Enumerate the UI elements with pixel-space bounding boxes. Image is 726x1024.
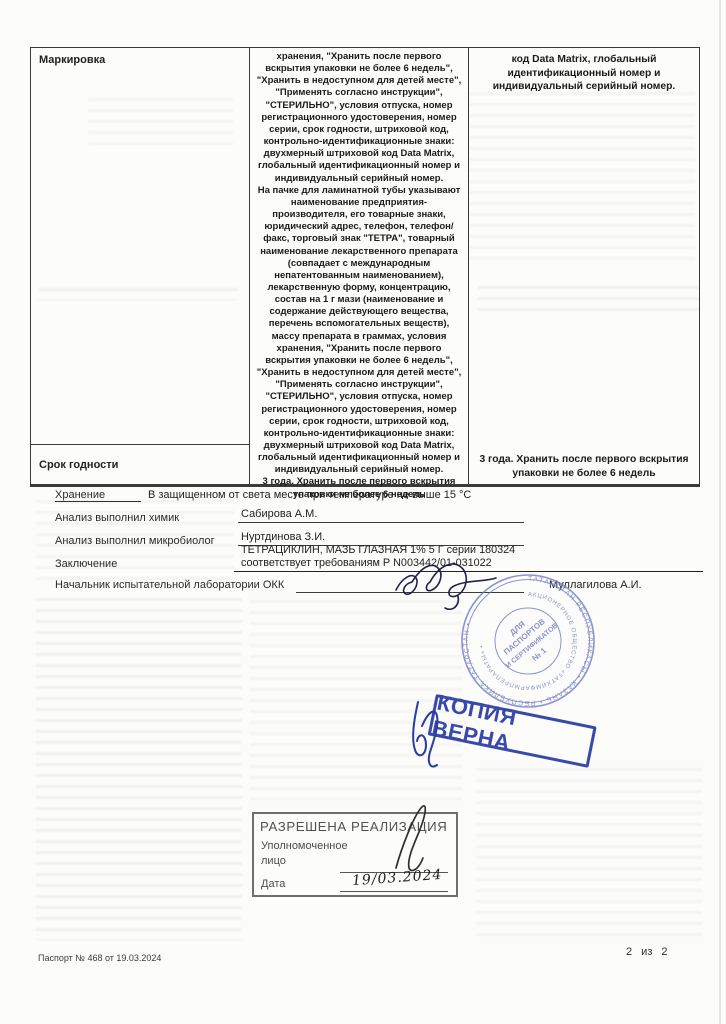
shelf-life-row-label: Срок годности bbox=[39, 459, 118, 471]
shelf-life-row: Срок годности bbox=[31, 444, 249, 484]
marking-text-right: код Data Matrix, глобальный идентификаци… bbox=[479, 53, 689, 94]
scanned-passport-page: Маркировка Срок годности хранения, "Хран… bbox=[0, 0, 726, 1024]
date-label: Дата bbox=[261, 878, 285, 890]
date-line bbox=[340, 891, 448, 892]
release-stamp: РАЗРЕШЕНА РЕАЛИЗАЦИЯ Уполномоченное лицо… bbox=[252, 812, 458, 897]
marking-paragraph: На пачке для ламинатной тубы указывают н… bbox=[255, 185, 463, 428]
microbiologist-label: Анализ выполнил микробиолог bbox=[55, 535, 215, 547]
marking-paragraph: хранения, "Хранить после первого вскрыти… bbox=[255, 51, 463, 136]
ghost-text-artifact bbox=[476, 768, 702, 940]
authorized-person-label-line1: Уполномоченное bbox=[261, 840, 348, 852]
scan-edge-shadow bbox=[719, 0, 721, 1024]
ghost-text-artifact bbox=[36, 598, 242, 940]
authorized-person-label-line2: лицо bbox=[261, 855, 286, 867]
lab-head-label: Начальник испытательной лаборатории ОКК bbox=[55, 579, 284, 591]
round-org-stamp: ТАТАРСТАН РЕСПУБЛИКАСЫ • КАЗАНЬ • РЕСПУБ… bbox=[452, 568, 604, 714]
storage-label: Хранение bbox=[55, 489, 141, 502]
conclusion-label: Заключение bbox=[55, 558, 117, 570]
table-left-column: Маркировка Срок годности bbox=[31, 48, 249, 484]
chemist-label: Анализ выполнил химик bbox=[55, 512, 179, 524]
shelf-life-value-right: 3 года. Хранить после первого вскрытия у… bbox=[479, 453, 689, 480]
marking-row-label: Маркировка bbox=[31, 48, 249, 72]
table-right-column: код Data Matrix, глобальный идентификаци… bbox=[469, 48, 699, 484]
round-stamp-inner-ring-text: АКЦИОНЕРНОЕ ОБЩЕСТВО «ТАТХИМФАРМПРЕПАРАТ… bbox=[479, 592, 577, 690]
chemist-value: Сабирова А.М. bbox=[238, 508, 524, 523]
authorized-person-signature bbox=[366, 798, 444, 880]
marking-paragraph: контрольно-идентификационные знаки: двух… bbox=[255, 428, 463, 477]
storage-value: В защищенном от света месте при температ… bbox=[148, 489, 471, 501]
marking-paragraph: контрольно-идентификационные знаки: двух… bbox=[255, 136, 463, 185]
table-middle-column: хранения, "Хранить после первого вскрыти… bbox=[249, 48, 469, 484]
passport-number-footer: Паспорт № 468 от 19.03.2024 bbox=[38, 953, 161, 963]
marking-table: Маркировка Срок годности хранения, "Хран… bbox=[30, 47, 700, 487]
page-number: 2 из 2 bbox=[626, 946, 668, 958]
svg-text:АКЦИОНЕРНОЕ ОБЩЕСТВО «ТАТХИМФА: АКЦИОНЕРНОЕ ОБЩЕСТВО «ТАТХИМФАРМПРЕПАРАТ… bbox=[479, 592, 577, 690]
marking-text-middle: хранения, "Хранить после первого вскрыти… bbox=[255, 51, 463, 476]
